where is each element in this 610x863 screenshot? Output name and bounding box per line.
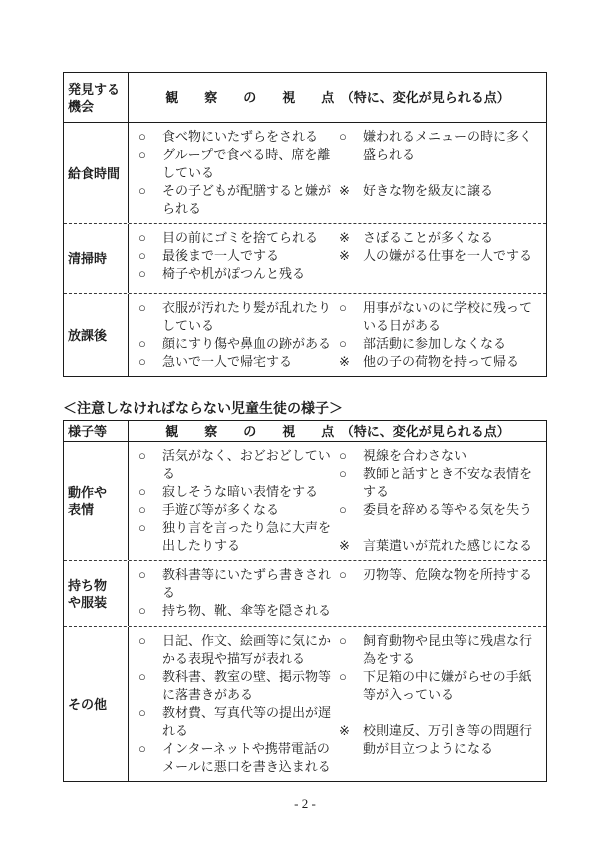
circle-bullet-icon: ○ xyxy=(137,501,162,519)
observation-item: ○用事がないのに学校に残っている日がある xyxy=(338,299,544,335)
observation-item: ○持ち物、靴、傘等を隠される xyxy=(137,602,334,620)
observation-text: 顔にすり傷や鼻血の跡がある xyxy=(162,335,334,353)
observation-list-left: ○衣服が汚れたり髪が乱れたりしている ○顔にすり傷や鼻血の跡がある ○急いで一人… xyxy=(137,299,334,371)
section-title: ＜注意しなければならない児童生徒の様子＞ xyxy=(63,399,343,417)
circle-bullet-icon: ○ xyxy=(137,247,162,265)
observation-list-left: ○目の前にゴミを捨てられる ○最後まで一人でする ○椅子や机がぽつんと残る xyxy=(137,229,334,283)
observation-item: ○教科書、教室の壁、掲示物等に落書きがある xyxy=(137,668,334,704)
row-label: 放課後 xyxy=(64,294,129,376)
observation-text: 用事がないのに学校に残っている日がある xyxy=(363,299,544,335)
observation-text: 好きな物を級友に譲る xyxy=(363,182,544,200)
observation-item: ※言葉遣いが荒れた感じになる xyxy=(338,537,544,555)
observation-item: ※他の子の荷物を持って帰る xyxy=(338,353,544,371)
circle-bullet-icon: ○ xyxy=(338,128,363,164)
observation-item: ○部活動に参加しなくなる xyxy=(338,335,544,353)
observation-text: 教師と話すとき不安な表情をする xyxy=(363,465,544,501)
observation-text: 言葉遣いが荒れた感じになる xyxy=(363,537,544,555)
observation-text: 日記、作文、絵画等に気にかかる表現や描写が表れる xyxy=(162,632,334,668)
circle-bullet-icon: ○ xyxy=(137,146,162,182)
circle-bullet-icon: ○ xyxy=(338,668,363,704)
table-header-row: 様子等 観 察 の 視 点 （特に、変化が見られる点） xyxy=(64,421,546,441)
observation-item: ○急いで一人で帰宅する xyxy=(137,353,334,371)
observation-text: 食べ物にいたずらをされる xyxy=(162,128,334,146)
observation-list-right: ○嫌われるメニューの時に多く盛られる ※好きな物を級友に譲る xyxy=(338,128,546,200)
observation-list-right: ○用事がないのに学校に残っている日がある ○部活動に参加しなくなる ※他の子の荷… xyxy=(338,299,546,371)
observation-item: ※校則違反、万引き等の問題行動が目立つようになる xyxy=(338,722,544,758)
table-header-row: 発見する 機会 観 察 の 視 点 （特に、変化が見られる点） xyxy=(64,73,546,122)
circle-bullet-icon: ○ xyxy=(137,632,162,668)
observation-item: ○教師と話すとき不安な表情をする xyxy=(338,465,544,501)
observation-item: ※人の嫌がる仕事を一人でする xyxy=(338,247,544,265)
observation-text: 活気がなく、おどおどしている xyxy=(162,447,334,483)
page-number: - 2 - xyxy=(0,796,610,812)
circle-bullet-icon: ○ xyxy=(338,335,363,353)
observation-text: 最後まで一人でする xyxy=(162,247,334,265)
observation-text: 急いで一人で帰宅する xyxy=(162,353,334,371)
observation-list-left: ○教科書等にいたずら書きされる ○持ち物、靴、傘等を隠される xyxy=(137,566,334,620)
observation-text: 飼育動物や昆虫等に残虐な行為をする xyxy=(363,632,544,668)
row-content: ○活気がなく、おどおどしている ○寂しそうな暗い表情をする ○手遊び等が多くなる… xyxy=(129,442,546,560)
circle-bullet-icon: ○ xyxy=(137,299,162,335)
observation-item: ○目の前にゴミを捨てられる xyxy=(137,229,334,247)
discovery-opportunities-table: 発見する 機会 観 察 の 視 点 （特に、変化が見られる点） 給食時間 ○食べ… xyxy=(63,72,547,377)
observation-list-left: ○活気がなく、おどおどしている ○寂しそうな暗い表情をする ○手遊び等が多くなる… xyxy=(137,447,334,555)
observation-item: ○グループで食べる時、席を離している xyxy=(137,146,334,182)
observation-text: 人の嫌がる仕事を一人でする xyxy=(363,247,544,265)
observation-text: 校則違反、万引き等の問題行動が目立つようになる xyxy=(363,722,544,758)
circle-bullet-icon: ○ xyxy=(338,566,363,584)
observation-text: 衣服が汚れたり髪が乱れたりしている xyxy=(162,299,334,335)
observation-text: 下足箱の中に嫌がらせの手紙等が入っている xyxy=(363,668,544,704)
header-observation-label: 観 察 の 視 点 （特に、変化が見られる点） xyxy=(129,73,546,122)
observation-text: その子どもが配膳すると嫌がられる xyxy=(162,182,334,218)
circle-bullet-icon: ○ xyxy=(137,566,162,602)
circle-bullet-icon: ○ xyxy=(338,465,363,501)
row-lunch-time: 給食時間 ○食べ物にいたずらをされる ○グループで食べる時、席を離している ○そ… xyxy=(64,122,546,223)
observation-item: ○刃物等、危険な物を所持する xyxy=(338,566,544,584)
observation-item: ○食べ物にいたずらをされる xyxy=(137,128,334,146)
observation-text: 手遊び等が多くなる xyxy=(162,501,334,519)
observation-item: ○インターネットや携帯電話のメールに悪口を書き込まれる xyxy=(137,740,334,776)
observation-item: ○最後まで一人でする xyxy=(137,247,334,265)
row-belongings-clothing: 持ち物 や服装 ○教科書等にいたずら書きされる ○持ち物、靴、傘等を隠される ○… xyxy=(64,560,546,626)
circle-bullet-icon: ○ xyxy=(137,335,162,353)
document-page: 発見する 機会 観 察 の 視 点 （特に、変化が見られる点） 給食時間 ○食べ… xyxy=(0,0,610,863)
observation-list-left: ○日記、作文、絵画等に気にかかる表現や描写が表れる ○教科書、教室の壁、掲示物等… xyxy=(137,632,334,776)
row-content: ○教科書等にいたずら書きされる ○持ち物、靴、傘等を隠される ○刃物等、危険な物… xyxy=(129,561,546,626)
observation-item: ○その子どもが配膳すると嫌がられる xyxy=(137,182,334,218)
circle-bullet-icon: ○ xyxy=(137,602,162,620)
observation-item: ○嫌われるメニューの時に多く盛られる xyxy=(338,128,544,164)
circle-bullet-icon: ○ xyxy=(137,353,162,371)
observation-item: ○下足箱の中に嫌がらせの手紙等が入っている xyxy=(338,668,544,704)
observation-list-right: ○刃物等、危険な物を所持する xyxy=(338,566,546,584)
observation-item: ○独り言を言ったり急に大声を出したりする xyxy=(137,519,334,555)
circle-bullet-icon: ○ xyxy=(137,229,162,247)
circle-bullet-icon: ○ xyxy=(137,668,162,704)
circle-bullet-icon: ○ xyxy=(137,182,162,218)
row-label: その他 xyxy=(64,627,129,781)
observation-text: 教科書、教室の壁、掲示物等に落書きがある xyxy=(162,668,334,704)
reference-mark-icon: ※ xyxy=(338,229,363,247)
observation-text: 視線を合わさない xyxy=(363,447,544,465)
observation-item: ※さぼることが多くなる xyxy=(338,229,544,247)
circle-bullet-icon: ○ xyxy=(137,704,162,740)
observation-item: ○教科書等にいたずら書きされる xyxy=(137,566,334,602)
row-label: 持ち物 や服装 xyxy=(64,561,129,626)
observation-text: 独り言を言ったり急に大声を出したりする xyxy=(162,519,334,555)
reference-mark-icon: ※ xyxy=(338,722,363,758)
header-opportunity-label: 発見する 機会 xyxy=(64,73,129,122)
observation-list-left: ○食べ物にいたずらをされる ○グループで食べる時、席を離している ○その子どもが… xyxy=(137,128,334,218)
observation-text: 椅子や机がぽつんと残る xyxy=(162,265,334,283)
circle-bullet-icon: ○ xyxy=(338,299,363,335)
circle-bullet-icon: ○ xyxy=(137,740,162,776)
row-content: ○食べ物にいたずらをされる ○グループで食べる時、席を離している ○その子どもが… xyxy=(129,123,546,223)
student-appearance-table: 様子等 観 察 の 視 点 （特に、変化が見られる点） 動作や 表情 ○活気がな… xyxy=(63,420,547,782)
observation-list-right: ○飼育動物や昆虫等に残虐な行為をする ○下足箱の中に嫌がらせの手紙等が入っている… xyxy=(338,632,546,758)
observation-item: ○視線を合わさない xyxy=(338,447,544,465)
row-label: 動作や 表情 xyxy=(64,442,129,560)
observation-item: ※好きな物を級友に譲る xyxy=(338,182,544,200)
reference-mark-icon: ※ xyxy=(338,537,363,555)
row-after-school: 放課後 ○衣服が汚れたり髪が乱れたりしている ○顔にすり傷や鼻血の跡がある ○急… xyxy=(64,293,546,376)
observation-list-right: ○視線を合わさない ○教師と話すとき不安な表情をする ○委員を辞める等やる気を失… xyxy=(338,447,546,555)
circle-bullet-icon: ○ xyxy=(338,632,363,668)
observation-list-right: ※さぼることが多くなる ※人の嫌がる仕事を一人でする xyxy=(338,229,546,265)
observation-text: 目の前にゴミを捨てられる xyxy=(162,229,334,247)
circle-bullet-icon: ○ xyxy=(137,483,162,501)
observation-item: ○寂しそうな暗い表情をする xyxy=(137,483,334,501)
circle-bullet-icon: ○ xyxy=(137,265,162,283)
header-observation-label: 観 察 の 視 点 （特に、変化が見られる点） xyxy=(129,421,546,441)
circle-bullet-icon: ○ xyxy=(338,447,363,465)
row-content: ○日記、作文、絵画等に気にかかる表現や描写が表れる ○教科書、教室の壁、掲示物等… xyxy=(129,627,546,781)
reference-mark-icon: ※ xyxy=(338,182,363,200)
observation-text: グループで食べる時、席を離している xyxy=(162,146,334,182)
observation-item: ○椅子や机がぽつんと残る xyxy=(137,265,334,283)
reference-mark-icon: ※ xyxy=(338,247,363,265)
observation-item: ○手遊び等が多くなる xyxy=(137,501,334,519)
observation-text: 他の子の荷物を持って帰る xyxy=(363,353,544,371)
observation-item: ○顔にすり傷や鼻血の跡がある xyxy=(137,335,334,353)
observation-text: 教科書等にいたずら書きされる xyxy=(162,566,334,602)
header-appearance-label: 様子等 xyxy=(64,421,129,441)
observation-item: ○日記、作文、絵画等に気にかかる表現や描写が表れる xyxy=(137,632,334,668)
observation-item: ○委員を辞める等やる気を失う xyxy=(338,501,544,519)
reference-mark-icon: ※ xyxy=(338,353,363,371)
circle-bullet-icon: ○ xyxy=(137,128,162,146)
observation-text: 教材費、写真代等の提出が遅れる xyxy=(162,704,334,740)
observation-text: 寂しそうな暗い表情をする xyxy=(162,483,334,501)
observation-text: 部活動に参加しなくなる xyxy=(363,335,544,353)
observation-item: ○飼育動物や昆虫等に残虐な行為をする xyxy=(338,632,544,668)
row-behavior-expression: 動作や 表情 ○活気がなく、おどおどしている ○寂しそうな暗い表情をする ○手遊… xyxy=(64,441,546,560)
observation-text: インターネットや携帯電話のメールに悪口を書き込まれる xyxy=(162,740,334,776)
row-label: 清掃時 xyxy=(64,224,129,293)
row-cleaning-time: 清掃時 ○目の前にゴミを捨てられる ○最後まで一人でする ○椅子や机がぽつんと残… xyxy=(64,223,546,293)
row-content: ○目の前にゴミを捨てられる ○最後まで一人でする ○椅子や机がぽつんと残る ※さ… xyxy=(129,224,546,293)
observation-text: 刃物等、危険な物を所持する xyxy=(363,566,544,584)
circle-bullet-icon: ○ xyxy=(338,501,363,519)
observation-item: ○活気がなく、おどおどしている xyxy=(137,447,334,483)
observation-text: 嫌われるメニューの時に多く盛られる xyxy=(363,128,544,164)
circle-bullet-icon: ○ xyxy=(137,519,162,555)
row-others: その他 ○日記、作文、絵画等に気にかかる表現や描写が表れる ○教科書、教室の壁、… xyxy=(64,626,546,781)
observation-item: ○衣服が汚れたり髪が乱れたりしている xyxy=(137,299,334,335)
row-content: ○衣服が汚れたり髪が乱れたりしている ○顔にすり傷や鼻血の跡がある ○急いで一人… xyxy=(129,294,546,376)
observation-text: 持ち物、靴、傘等を隠される xyxy=(162,602,334,620)
observation-text: 委員を辞める等やる気を失う xyxy=(363,501,544,519)
circle-bullet-icon: ○ xyxy=(137,447,162,483)
observation-text: さぼることが多くなる xyxy=(363,229,544,247)
observation-item: ○教材費、写真代等の提出が遅れる xyxy=(137,704,334,740)
row-label: 給食時間 xyxy=(64,123,129,223)
